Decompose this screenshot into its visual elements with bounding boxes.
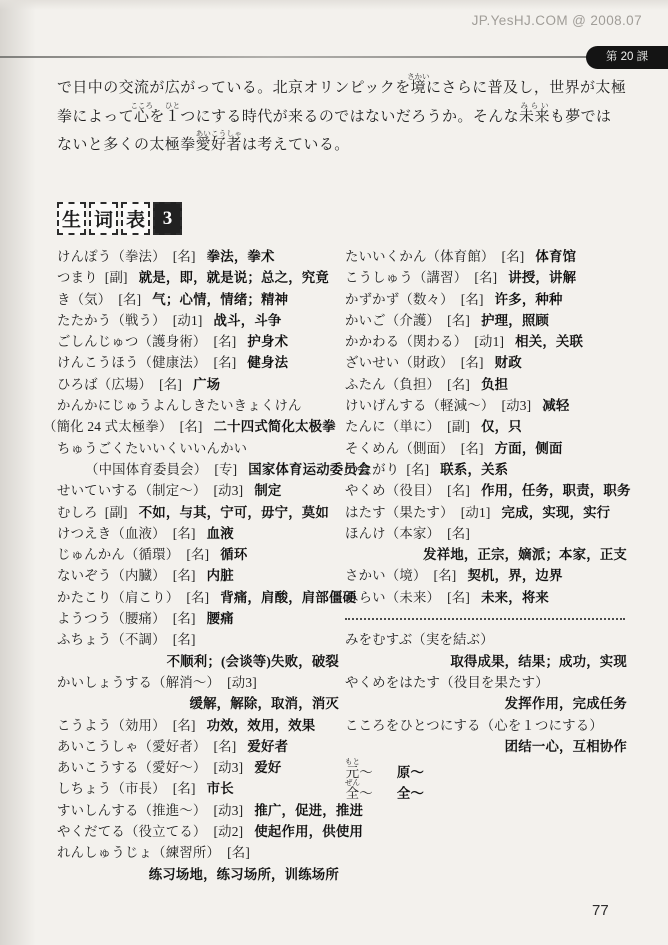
vocab-chinese-gloss: 血液 bbox=[207, 526, 234, 541]
vocab-pos-tag: [名] bbox=[447, 526, 470, 541]
vocab-line: き（気）[名]气；心情，情绪；精神 bbox=[43, 289, 345, 310]
vocab-line: じゅんかん（循環）[名]循环 bbox=[43, 544, 345, 565]
page-number: 77 bbox=[592, 902, 609, 919]
vocab-japanese: かずかず（数々） bbox=[345, 292, 454, 307]
vocab-line: みらい（未来）[名]未来，将来 bbox=[345, 587, 633, 608]
vocab-pos-tag: [动3] bbox=[214, 760, 244, 775]
vocab-japanese: ようつう（腰痛） bbox=[57, 611, 166, 626]
vocab-pos-tag: [名] bbox=[447, 590, 470, 605]
vocab-column-right: たいいくかん（体育館）[名]体育馆こうしゅう（講習）[名]讲授，讲解かずかず（数… bbox=[345, 246, 633, 885]
vocab-chinese-gloss: 体育馆 bbox=[535, 249, 576, 264]
vocab-japanese: こうしゅう（講習） bbox=[345, 270, 467, 285]
vocab-japanese: すいしんする（推進～） bbox=[57, 803, 207, 818]
site-credit: JP.YesHJ.COM @ 2008.07 bbox=[472, 13, 642, 28]
vocab-pos-tag: [动3] bbox=[502, 398, 532, 413]
vocab-pos-tag: [名] bbox=[502, 249, 525, 264]
vocab-line: 团结一心，互相协作 bbox=[345, 736, 633, 757]
vocab-chinese-gloss: 许多，种种 bbox=[495, 292, 563, 307]
vocab-japanese: ないぞう（内臓） bbox=[57, 568, 166, 583]
vocab-pos-tag: [名] bbox=[173, 568, 196, 583]
vocab-line: やくめ（役目）[名]作用，任务，职责，职务 bbox=[345, 480, 633, 501]
vocab-japanese: けんこうほう（健康法） bbox=[57, 355, 207, 370]
vocab-japanese: じゅんかん（循環） bbox=[57, 547, 179, 562]
vocab-pos-tag: [名] bbox=[173, 249, 196, 264]
vocab-pos-tag: [名] bbox=[214, 334, 237, 349]
vocab-pos-tag: [动1] bbox=[474, 334, 504, 349]
vocab-line: むしろ[副]不如，与其，宁可，毋宁，莫如 bbox=[43, 502, 345, 523]
vocab-chinese-gloss: 拳法，拳术 bbox=[207, 249, 275, 264]
vocab-chinese-gloss: 爱好者 bbox=[247, 739, 288, 754]
vocab-line: かたこり（肩こり）[名]背痛，肩酸，肩部僵硬 bbox=[43, 587, 345, 608]
vocab-japanese: かたこり（肩こり） bbox=[57, 590, 179, 605]
vocab-chinese-gloss: 健身法 bbox=[247, 355, 288, 370]
vocab-line: すいしんする（推進～）[动3]推广，促进，推进 bbox=[43, 800, 345, 821]
vocab-chinese-gloss: 团结一心，互相协作 bbox=[505, 739, 627, 754]
vocab-pos-tag: [名] bbox=[186, 547, 209, 562]
vocab-line: かかわる（関わる）[动1]相关，关联 bbox=[345, 331, 633, 352]
vocab-line: たたかう（戦う）[动1]战斗，斗争 bbox=[43, 310, 345, 331]
vocab-chinese-gloss: 发挥作用，完成任务 bbox=[505, 696, 627, 711]
vocab-line: こうしゅう（講習）[名]讲授，讲解 bbox=[345, 267, 633, 288]
vocab-pos-tag: [名] bbox=[173, 632, 196, 647]
vocab-chinese-gloss: 功效，效用，效果 bbox=[207, 718, 316, 733]
vocab-japanese: けいげんする（軽減～） bbox=[345, 398, 495, 413]
vocab-japanese: みをむすぶ（実を結ぶ） bbox=[345, 632, 494, 647]
vocab-japanese: はたす（果たす） bbox=[345, 505, 454, 520]
vocab-line: こうよう（効用）[名]功效，效用，效果 bbox=[43, 715, 345, 736]
vocab-chinese-gloss: 市长 bbox=[207, 781, 234, 796]
paragraph-line: 拳によって心こころを１ひとつにする時代が来るのではないだろうか。そんな未来みらい… bbox=[57, 101, 632, 130]
vocab-line: みをむすぶ（実を結ぶ） bbox=[345, 629, 633, 650]
vocab-line: あいこうしゃ（愛好者）[名]爱好者 bbox=[43, 736, 345, 757]
vocab-japanese: しちょう（市長） bbox=[57, 781, 166, 796]
vocab-pos-tag: [副] bbox=[105, 270, 128, 285]
vocab-chinese-gloss: 全～ bbox=[397, 786, 424, 801]
vocab-japanese: ほんけ（本家） bbox=[345, 526, 440, 541]
vocab-pos-tag: [名] bbox=[461, 355, 484, 370]
vocab-chinese-gloss: 腰痛 bbox=[207, 611, 234, 626]
vocab-pos-tag: [名] bbox=[474, 270, 497, 285]
vocab-line: ちゅうごくたいいくいいんかい bbox=[43, 438, 345, 459]
vocab-japanese: そくめん（側面） bbox=[345, 441, 454, 456]
vocab-line: つながり[名]联系，关系 bbox=[345, 459, 633, 480]
vocab-japanese: き（気） bbox=[57, 292, 111, 307]
vocab-line: 发祥地，正宗，嫡派；本家，正支 bbox=[345, 544, 633, 565]
vocab-japanese: 全ぜん～ bbox=[345, 786, 373, 801]
vocab-pos-tag: [专] bbox=[214, 462, 237, 477]
vocab-pos-tag: [动3] bbox=[214, 483, 244, 498]
vocab-japanese: あいこうする（愛好～） bbox=[57, 760, 207, 775]
vocab-japanese: （中国体育委員会） bbox=[85, 462, 207, 477]
vocab-line: ごしんじゅつ（護身術）[名]护身术 bbox=[43, 331, 345, 352]
vocab-line: 取得成果，结果；成功，实现 bbox=[345, 651, 633, 672]
vocab-japanese: ひろば（広場） bbox=[57, 377, 152, 392]
vocab-pos-tag: [名] bbox=[214, 739, 237, 754]
vocab-pos-tag: [名] bbox=[180, 419, 203, 434]
vocab-line: ないぞう（内臓）[名]内脏 bbox=[43, 565, 345, 586]
vocab-line: はたす（果たす）[动1]完成，实现，实行 bbox=[345, 502, 633, 523]
vocab-japanese: せいていする（制定～） bbox=[57, 483, 207, 498]
vocab-japanese: やくめをはたす（役目を果たす） bbox=[345, 675, 549, 690]
vocab-chinese-gloss: 制定 bbox=[254, 483, 281, 498]
vocab-chinese-gloss: 减轻 bbox=[542, 398, 569, 413]
vocab-japanese: （簡化 24 式太極拳） bbox=[43, 419, 173, 434]
vocab-line: たんに（単に）[副]仅，只 bbox=[345, 416, 633, 437]
vocab-pos-tag: [名] bbox=[118, 292, 141, 307]
vocab-line: かいご（介護）[名]护理，照顾 bbox=[345, 310, 633, 331]
vocab-chinese-gloss: 财政 bbox=[495, 355, 522, 370]
vocab-chinese-gloss: 负担 bbox=[481, 377, 508, 392]
vocab-pos-tag: [名] bbox=[186, 590, 209, 605]
vocab-japanese: みらい（未来） bbox=[345, 590, 440, 605]
vocab-title-number: 3 bbox=[153, 202, 182, 235]
vocab-pos-tag: [名] bbox=[461, 441, 484, 456]
vocab-pos-tag: [动1] bbox=[461, 505, 491, 520]
vocab-title-char: 生 bbox=[57, 202, 86, 235]
vocab-line: けつえき（血液）[名]血液 bbox=[43, 523, 345, 544]
vocab-chinese-gloss: 完成，实现，实行 bbox=[502, 505, 611, 520]
vocab-line: （簡化 24 式太極拳）[名]二十四式简化太极拳 bbox=[43, 416, 345, 437]
vocab-chinese-gloss: 广场 bbox=[193, 377, 220, 392]
vocab-chinese-gloss: 背痛，肩酸，肩部僵硬 bbox=[220, 590, 356, 605]
vocab-line: れんしゅうじょ（練習所）[名] bbox=[43, 842, 345, 863]
vocab-line: けいげんする（軽減～）[动3]减轻 bbox=[345, 395, 633, 416]
vocab-chinese-gloss: 就是，即，就是说；总之，究竟 bbox=[139, 270, 329, 285]
vocab-japanese: こうよう（効用） bbox=[57, 718, 166, 733]
vocab-chinese-gloss: 方面，侧面 bbox=[495, 441, 563, 456]
vocab-line: 发挥作用，完成任务 bbox=[345, 693, 633, 714]
vocab-chinese-gloss: 不如，与其，宁可，毋宁，莫如 bbox=[139, 505, 329, 520]
vocab-japanese: けつえき（血液） bbox=[57, 526, 166, 541]
vocab-line: やくめをはたす（役目を果たす） bbox=[345, 672, 633, 693]
vocab-japanese: つながり bbox=[345, 462, 399, 477]
vocab-pos-tag: [名] bbox=[447, 377, 470, 392]
vocab-chinese-gloss: 发祥地，正宗，嫡派；本家，正支 bbox=[423, 547, 627, 562]
vocab-japanese: かいご（介護） bbox=[345, 313, 440, 328]
vocab-line: けんぽう（拳法）[名]拳法，拳术 bbox=[43, 246, 345, 267]
vocab-japanese: かんかにじゅうよんしきたいきょくけん bbox=[57, 398, 302, 413]
vocab-pos-tag: [动3] bbox=[227, 675, 257, 690]
vocab-list-title: 生 词 表 3 bbox=[57, 202, 182, 235]
vocab-line: 缓解，解除，取消，消灭 bbox=[43, 693, 345, 714]
vocab-divider bbox=[345, 608, 633, 629]
vocab-line: あいこうする（愛好～）[动3]爱好 bbox=[43, 757, 345, 778]
vocab-line: （中国体育委員会）[专]国家体育运动委员会 bbox=[43, 459, 345, 480]
vocab-line: つまり[副]就是，即，就是说；总之，究竟 bbox=[43, 267, 345, 288]
intro-paragraph: で日中の交流が広がっている。北京オリンピックを境さかいにさらに普及し，世界が太極… bbox=[57, 72, 632, 158]
vocab-chinese-gloss: 气；心情，情绪；精神 bbox=[152, 292, 288, 307]
vocab-chinese-gloss: 护理，照顾 bbox=[481, 313, 549, 328]
vocab-japanese: こころをひとつにする（心を１つにする） bbox=[345, 718, 603, 733]
paragraph-line: ないと多くの太極拳愛好者あいこうしゃは考えている。 bbox=[57, 129, 632, 158]
vocab-pos-tag: [动3] bbox=[214, 803, 244, 818]
paragraph-line: で日中の交流が広がっている。北京オリンピックを境さかいにさらに普及し，世界が太極 bbox=[57, 72, 632, 101]
vocab-pos-tag: [副] bbox=[447, 419, 470, 434]
vocab-japanese: ごしんじゅつ（護身術） bbox=[57, 334, 207, 349]
vocab-japanese: あいこうしゃ（愛好者） bbox=[57, 739, 207, 754]
vocab-chinese-gloss: 缓解，解除，取消，消灭 bbox=[190, 696, 340, 711]
vocab-chinese-gloss: 爱好 bbox=[254, 760, 281, 775]
vocab-chinese-gloss: 护身术 bbox=[247, 334, 288, 349]
vocab-pos-tag: [名] bbox=[173, 611, 196, 626]
vocab-japanese: やくめ（役目） bbox=[345, 483, 440, 498]
vocab-chinese-gloss: 二十四式简化太极拳 bbox=[214, 419, 336, 434]
vocab-pos-tag: [动2] bbox=[214, 824, 244, 839]
vocab-line: せいていする（制定～）[动3]制定 bbox=[43, 480, 345, 501]
vocab-pos-tag: [名] bbox=[173, 526, 196, 541]
vocab-line: しちょう（市長）[名]市长 bbox=[43, 778, 345, 799]
vocab-chinese-gloss: 原～ bbox=[397, 765, 424, 780]
vocab-pos-tag: [名] bbox=[461, 292, 484, 307]
vocab-japanese: むしろ bbox=[57, 505, 98, 520]
vocab-chinese-gloss: 内脏 bbox=[207, 568, 234, 583]
vocab-pos-tag: [名] bbox=[227, 845, 250, 860]
vocab-chinese-gloss: 相关，关联 bbox=[515, 334, 583, 349]
vocab-chinese-gloss: 战斗，斗争 bbox=[214, 313, 282, 328]
vocab-chinese-gloss: 练习场地，练习场所，训练场所 bbox=[149, 867, 339, 882]
vocab-japanese: たんに（単に） bbox=[345, 419, 440, 434]
vocab-line: けんこうほう（健康法）[名]健身法 bbox=[43, 352, 345, 373]
vocab-chinese-gloss: 契机，界，边界 bbox=[467, 568, 562, 583]
vocab-line: ふちょう（不調）[名] bbox=[43, 629, 345, 650]
vocab-japanese: かいしょうする（解消～） bbox=[57, 675, 220, 690]
vocab-title-char: 词 bbox=[89, 202, 118, 235]
vocab-title-char: 表 bbox=[121, 202, 150, 235]
vocab-chinese-gloss: 作用，任务，职责，职务 bbox=[481, 483, 631, 498]
vocab-line: ほんけ（本家）[名] bbox=[345, 523, 633, 544]
vocab-japanese: たたかう（戦う） bbox=[57, 313, 166, 328]
vocab-line: 练习场地，练习场所，训练场所 bbox=[43, 864, 345, 885]
vocab-chinese-gloss: 联系，关系 bbox=[440, 462, 508, 477]
vocab-pos-tag: [名] bbox=[159, 377, 182, 392]
vocab-line: ふたん（負担）[名]负担 bbox=[345, 374, 633, 395]
vocab-pos-tag: [名] bbox=[447, 313, 470, 328]
vocab-list: けんぽう（拳法）[名]拳法，拳术つまり[副]就是，即，就是说；总之，究竟き（気）… bbox=[43, 246, 633, 885]
vocab-column-left: けんぽう（拳法）[名]拳法，拳术つまり[副]就是，即，就是说；总之，究竟き（気）… bbox=[43, 246, 345, 885]
vocab-chinese-gloss: 讲授，讲解 bbox=[508, 270, 576, 285]
vocab-japanese: けんぽう（拳法） bbox=[57, 249, 166, 264]
vocab-line: こころをひとつにする（心を１つにする） bbox=[345, 715, 633, 736]
vocab-chinese-gloss: 仅，只 bbox=[481, 419, 522, 434]
vocab-chinese-gloss: 未来，将来 bbox=[481, 590, 549, 605]
vocab-japanese: やくだてる（役立てる） bbox=[57, 824, 207, 839]
vocab-line: やくだてる（役立てる）[动2]使起作用，供使用 bbox=[43, 821, 345, 842]
vocab-chinese-gloss: 循环 bbox=[220, 547, 247, 562]
vocab-pos-tag: [名] bbox=[173, 718, 196, 733]
vocab-line: かいしょうする（解消～）[动3] bbox=[43, 672, 345, 693]
vocab-pos-tag: [名] bbox=[406, 462, 429, 477]
vocab-chinese-gloss: 取得成果，结果；成功，实现 bbox=[450, 654, 627, 669]
header-rule bbox=[0, 56, 596, 58]
vocab-japanese: ふちょう（不調） bbox=[57, 632, 166, 647]
vocab-line: ざいせい（財政）[名]财政 bbox=[345, 352, 633, 373]
vocab-line: かんかにじゅうよんしきたいきょくけん bbox=[43, 395, 345, 416]
vocab-pos-tag: [名] bbox=[434, 568, 457, 583]
vocab-japanese: ちゅうごくたいいくいいんかい bbox=[57, 441, 247, 456]
vocab-line: かずかず（数々）[名]许多，种种 bbox=[345, 289, 633, 310]
vocab-chinese-gloss: 不顺利；(会谈等)失败，破裂 bbox=[167, 654, 339, 669]
vocab-pos-tag: [副] bbox=[105, 505, 128, 520]
vocab-japanese: つまり bbox=[57, 270, 98, 285]
vocab-line: そくめん（側面）[名]方面，侧面 bbox=[345, 438, 633, 459]
vocab-japanese: れんしゅうじょ（練習所） bbox=[57, 845, 220, 860]
vocab-line: たいいくかん（体育館）[名]体育馆 bbox=[345, 246, 633, 267]
vocab-pos-tag: [名] bbox=[447, 483, 470, 498]
vocab-pos-tag: [动1] bbox=[173, 313, 203, 328]
vocab-japanese: たいいくかん（体育館） bbox=[345, 249, 495, 264]
vocab-line: 不顺利；(会谈等)失败，破裂 bbox=[43, 651, 345, 672]
vocab-line: ひろば（広場）[名]广场 bbox=[43, 374, 345, 395]
vocab-line: ようつう（腰痛）[名]腰痛 bbox=[43, 608, 345, 629]
vocab-pos-tag: [名] bbox=[214, 355, 237, 370]
vocab-japanese: さかい（境） bbox=[345, 568, 427, 583]
vocab-pos-tag: [名] bbox=[173, 781, 196, 796]
scan-edge-shadow bbox=[0, 0, 36, 945]
vocab-japanese: ふたん（負担） bbox=[345, 377, 440, 392]
scan-top-shadow bbox=[0, 0, 668, 10]
vocab-japanese: かかわる（関わる） bbox=[345, 334, 467, 349]
vocab-line: さかい（境）[名]契机，界，边界 bbox=[345, 565, 633, 586]
vocab-japanese: ざいせい（財政） bbox=[345, 355, 454, 370]
lesson-number-tab: 第 20 課 bbox=[586, 46, 668, 69]
vocab-line: 元もと～原～ bbox=[345, 757, 633, 778]
